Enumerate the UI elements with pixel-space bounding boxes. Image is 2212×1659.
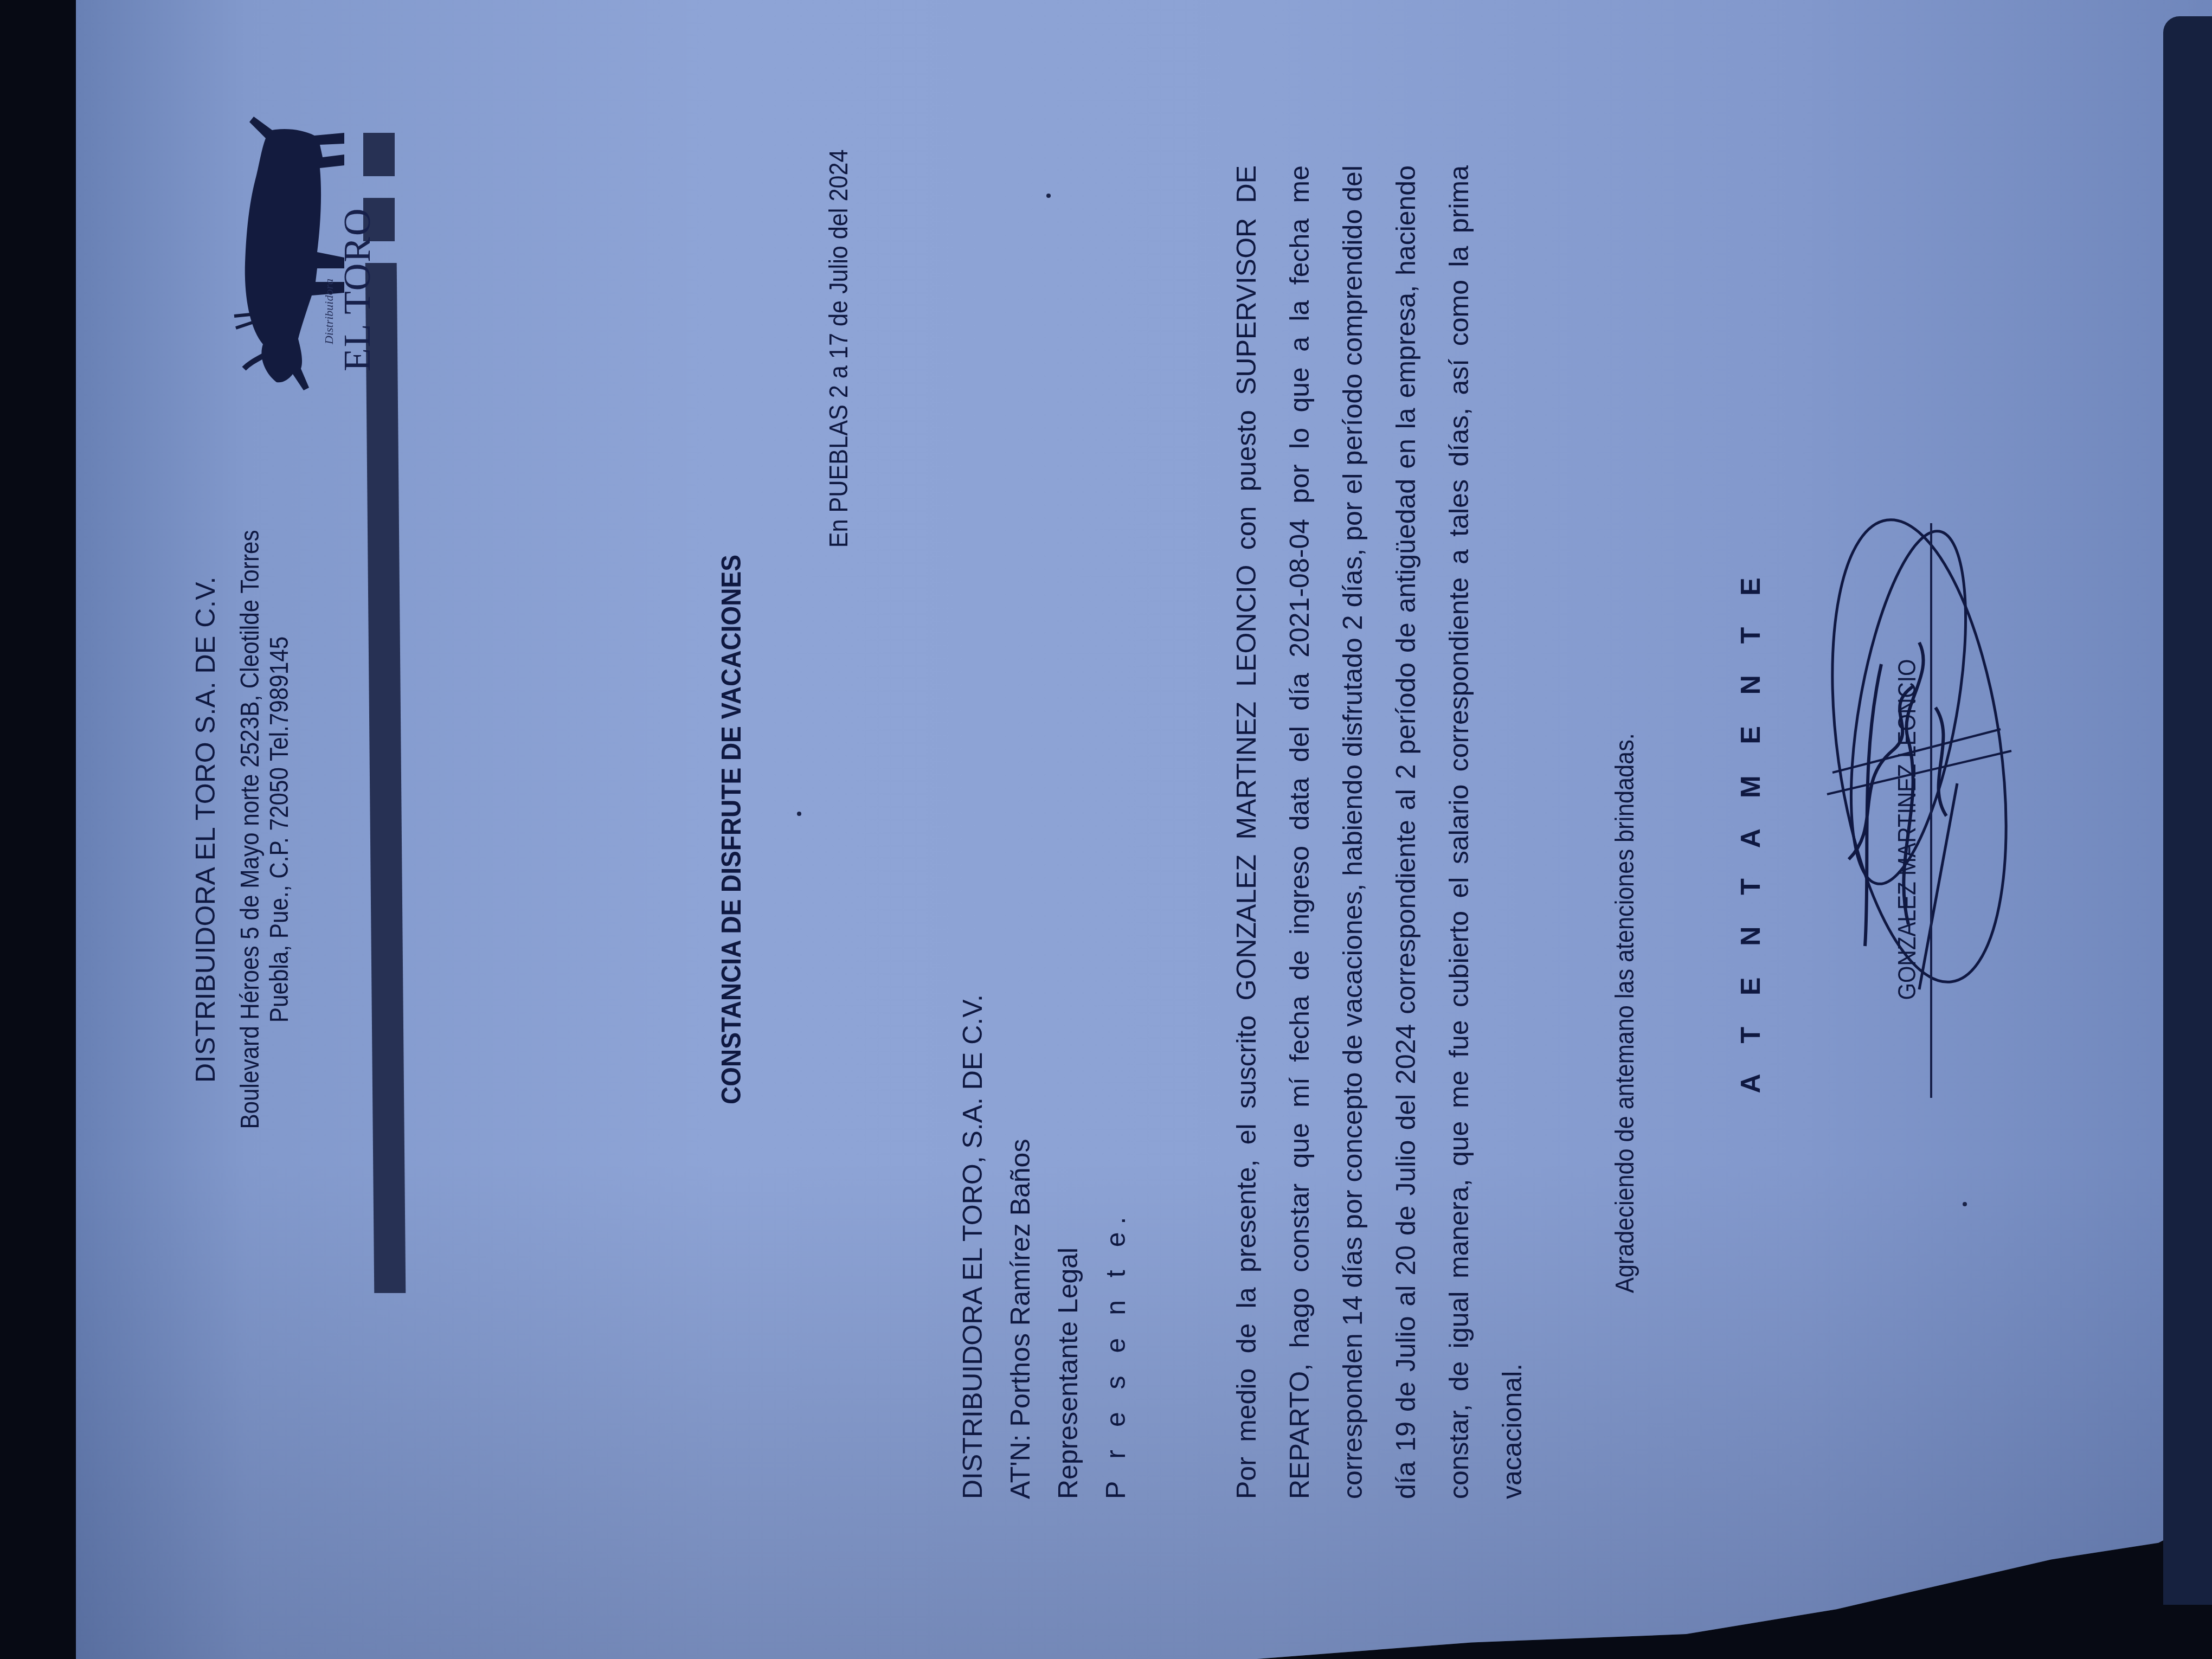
- sign-off: A T E N T A M E N T E: [1735, 84, 1766, 1575]
- signature-line: [1930, 523, 1932, 1098]
- paper-speck: [797, 812, 801, 816]
- background-object: [2163, 16, 2212, 1605]
- rule-bar-long: [365, 263, 406, 1293]
- company-logo: Distribuidora EL TORO: [211, 100, 390, 404]
- document-page: DISTRIBUIDORA EL TORO S.A. DE C.V. Boule…: [130, 84, 2082, 1575]
- body-paragraph: Por medio de la presente, el suscrito GO…: [1220, 165, 1539, 1499]
- paper-speck: [1046, 194, 1051, 198]
- document-title: CONSTANCIA DE DISFRUTE DE VACACIONES: [716, 144, 747, 1515]
- addressee-block: DISTRIBUIDORA EL TORO, S.A. DE C.V. AT'N…: [949, 994, 1140, 1499]
- addressee-company: DISTRIBUIDORA EL TORO, S.A. DE C.V.: [949, 994, 996, 1499]
- signature-name: GONZALEZ MARTINEZ LEONCIO: [1892, 173, 1921, 1486]
- addressee-attention: AT'N: Porthos Ramírez Baños: [996, 994, 1044, 1499]
- date-line: En PUEBLAS 2 a 17 de Julio del 2024: [824, 149, 854, 548]
- addressee-role: Representante Legal: [1044, 994, 1092, 1499]
- paper-speck: [1963, 1202, 1967, 1206]
- logo-subtitle: Distribuidora: [322, 279, 336, 344]
- bull-icon: [211, 100, 352, 404]
- closing-line: Agradeciendo de antemano las atenciones …: [1610, 733, 1640, 1293]
- addressee-salutation: P r e s e n t e.: [1092, 994, 1140, 1499]
- logo-brand: EL TORO: [336, 208, 380, 371]
